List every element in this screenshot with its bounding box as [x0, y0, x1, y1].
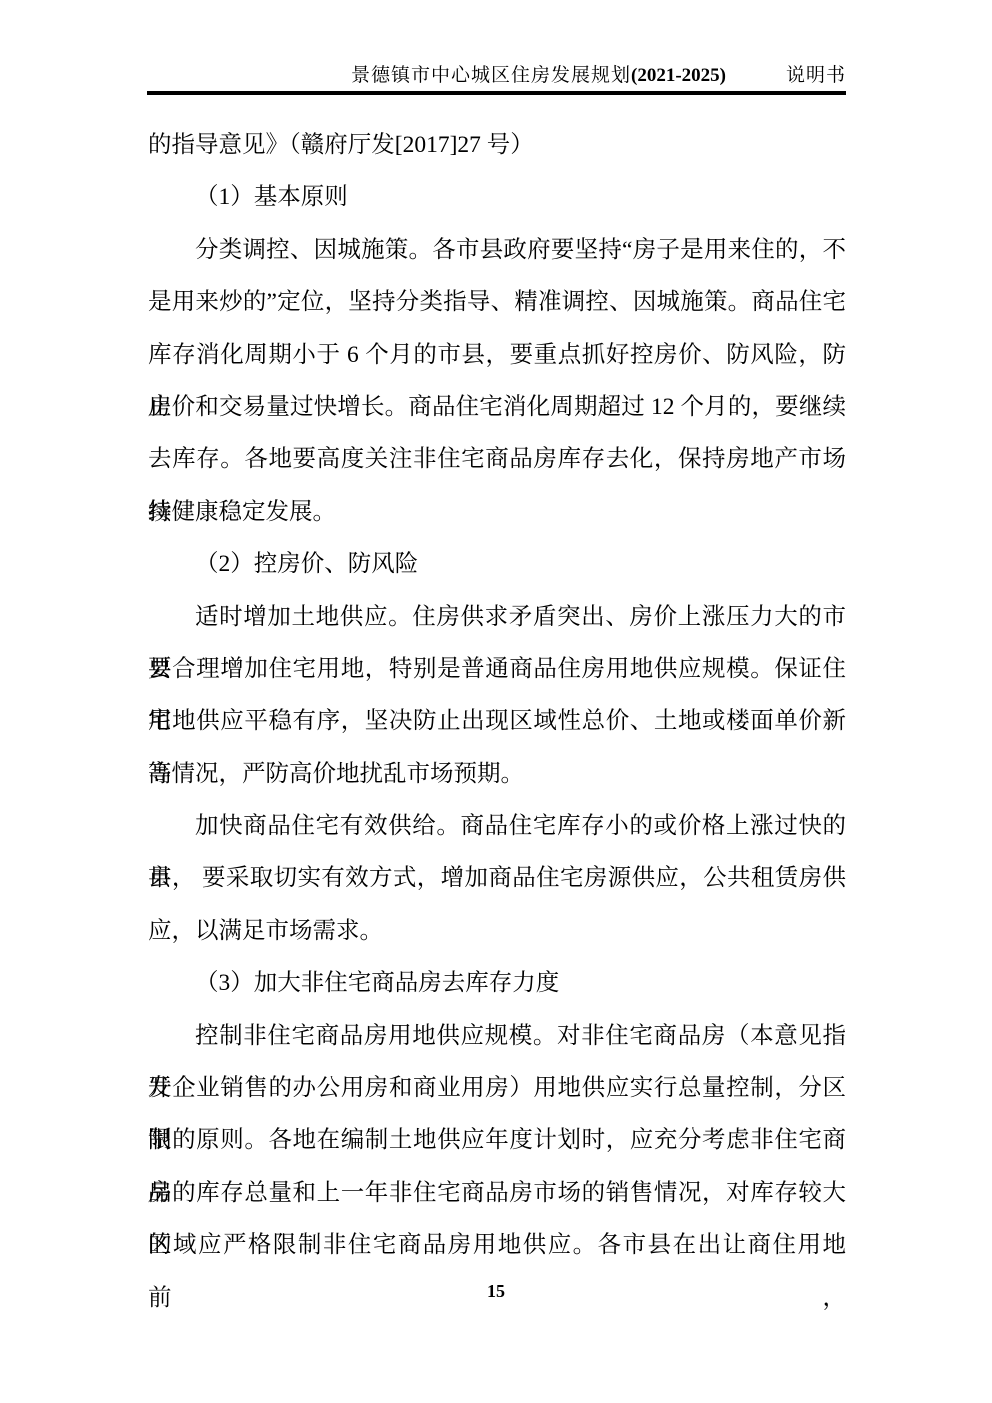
page-footer: 15 [0, 1279, 992, 1303]
page-header: 景德镇市中心城区住房发展规划(2021-2025) 说明书 [147, 64, 846, 95]
document-body: 的指导意见》（赣府厅发[2017]27 号）（1）基本原则分类调控、因城施策。各… [148, 119, 846, 1272]
text-line: 是用来炒的”定位，坚持分类指导、精准调控、因城施策。商品住宅 [148, 276, 846, 328]
text-line: 房的库存总量和上一年非住宅商品房市场的销售情况，对库存较大的 [148, 1167, 846, 1219]
text-line: 适时增加土地供应。住房供求矛盾突出、房价上涨压力大的市县 [148, 591, 846, 643]
text-line: 续健康稳定发展。 [148, 486, 846, 538]
text-line: 应，以满足市场需求。 [148, 905, 846, 957]
text-line: 发企业销售的办公用房和商业用房）用地供应实行总量控制，分区限 [148, 1062, 846, 1114]
text-line: 房价和交易量过快增长。商品住宅消化周期超过 12 个月的，要继续 [148, 381, 846, 433]
text-line: 用地供应平稳有序，坚决防止出现区域性总价、土地或楼面单价新高 [148, 695, 846, 747]
text-line: 等情况，严防高价地扰乱市场预期。 [148, 748, 846, 800]
text-line: （1）基本原则 [148, 171, 846, 223]
text-line: （3）加大非住宅商品房去库存力度 [148, 957, 846, 1009]
page-number: 15 [487, 1281, 505, 1301]
header-title-text: 景德镇市中心城区住房发展规划 [351, 65, 631, 86]
header-title: 景德镇市中心城区住房发展规划(2021-2025) [351, 64, 726, 88]
header-title-year: (2021-2025) [631, 65, 726, 86]
text-line: 区域应严格限制非住宅商品房用地供应。各市县在出让商住用地前， [148, 1219, 846, 1271]
text-line: 控制非住宅商品房用地供应规模。对非住宅商品房（本意见指开 [148, 1010, 846, 1062]
text-line: 要合理增加住宅用地，特别是普通商品住房用地供应规模。保证住宅 [148, 643, 846, 695]
text-line: 去库存。各地要高度关注非住宅商品房库存去化，保持房地产市场持 [148, 433, 846, 485]
text-line: 制的原则。各地在编制土地供应年度计划时，应充分考虑非住宅商品 [148, 1114, 846, 1166]
text-line: 加快商品住宅有效供给。商品住宅库存小的或价格上涨过快的市 [148, 800, 846, 852]
document-page: 景德镇市中心城区住房发展规划(2021-2025) 说明书 的指导意见》（赣府厅… [0, 0, 992, 1403]
text-line: （2）控房价、防风险 [148, 538, 846, 590]
text-line: 的指导意见》（赣府厅发[2017]27 号） [148, 119, 846, 171]
text-line: 分类调控、因城施策。各市县政府要坚持“房子是用来住的，不 [148, 224, 846, 276]
text-line: 库存消化周期小于 6 个月的市县，要重点抓好控房价、防风险，防止 [148, 329, 846, 381]
header-doc-type: 说明书 [786, 64, 846, 88]
text-line: 县， 要采取切实有效方式，增加商品住宅房源供应，公共租赁房供 [148, 852, 846, 904]
